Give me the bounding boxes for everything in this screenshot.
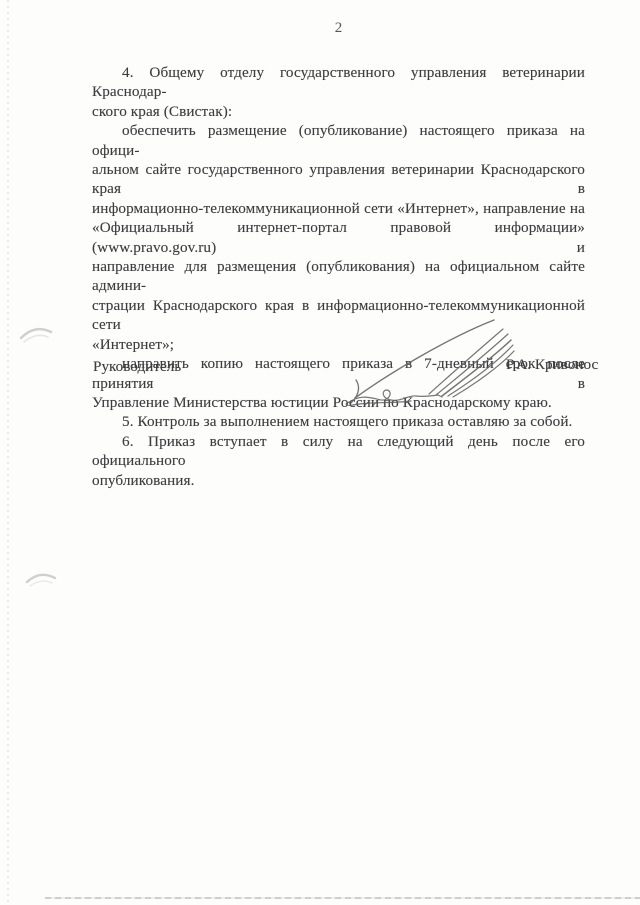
scan-edge-bottom-artifact: [45, 897, 640, 899]
text-line: 6. Приказ вступает в силу на следующий д…: [92, 432, 585, 471]
handwritten-signature-icon: [343, 316, 515, 406]
text-line: альном сайте государственного управления…: [92, 160, 585, 199]
text-line: 4. Общему отделу государственного управл…: [92, 63, 585, 102]
text-line: направление для размещения (опубликовани…: [92, 257, 585, 296]
page-number: 2: [92, 20, 585, 37]
text-line: «Официальный интернет-портал правовой ин…: [92, 218, 585, 257]
pen-mark-arc-icon: [18, 320, 54, 344]
signatory-name: Р.А. Кривонос: [506, 356, 598, 374]
text-line: опубликования.: [92, 471, 585, 490]
text-line: обеспечить размещение (опубликование) на…: [92, 121, 585, 160]
text-line: ского края (Свистак):: [92, 102, 585, 121]
document-body: 4. Общему отделу государственного управл…: [92, 63, 585, 490]
scan-edge-left-artifact: [7, 0, 9, 905]
text-line: информационно-телекоммуникационной сети …: [92, 199, 585, 218]
signatory-title: Руководитель: [93, 358, 181, 376]
pen-mark-arc-icon: [24, 568, 58, 590]
text-line: 5. Контроль за выполнением настоящего пр…: [92, 412, 585, 431]
scanned-document-page: 2 4. Общему отделу государственного упра…: [0, 0, 640, 905]
